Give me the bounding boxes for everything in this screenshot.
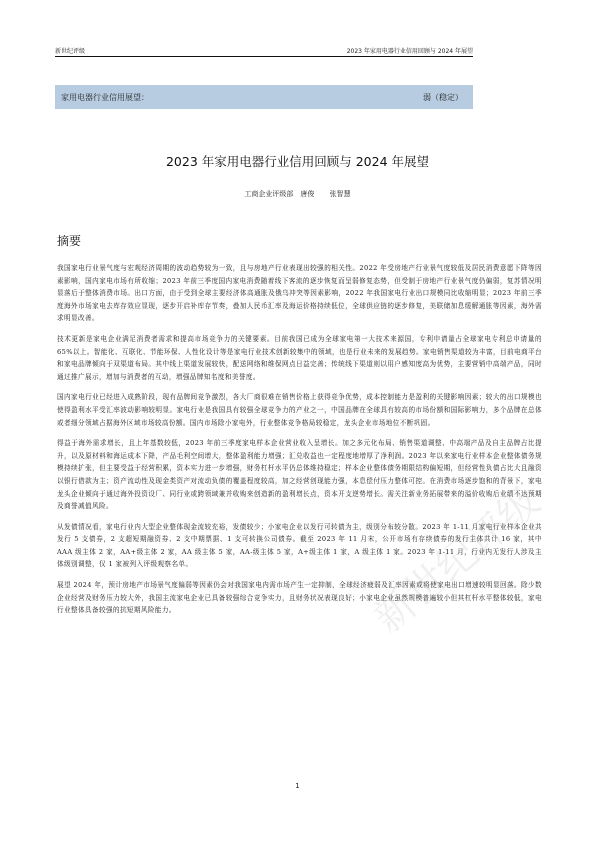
section-heading-abstract: 摘要	[57, 232, 81, 249]
header-report-title: 2023 年家用电器行业信用回顾与 2024 年展望	[347, 46, 473, 55]
abstract-paragraph: 展望 2024 年，预计房地产市场景气度偏弱等因素仍会对我国家电内需市场产生一定…	[57, 579, 542, 617]
header-org-name: 新世纪评级	[55, 46, 85, 55]
report-title: 2023 年家用电器行业信用回顾与 2024 年展望	[0, 152, 595, 170]
page-number: 1	[0, 782, 595, 790]
page-header: 新世纪评级 2023 年家用电器行业信用回顾与 2024 年展望	[55, 44, 473, 57]
report-authors: 工商企业评级部 唐俊 张智慧	[0, 189, 595, 199]
abstract-paragraph: 国内家电行业已经进入成熟阶段，现有品牌间竞争激烈，各大厂商很难在销售价格上获得竞…	[57, 391, 542, 429]
industry-outlook-bar: 家用电器行业信用展望： 弱（稳定）	[55, 85, 473, 109]
abstract-paragraph: 技术更新是家电企业满足消费者需求和提高市场竞争力的关键要素。目前我国已成为全球家…	[57, 333, 542, 383]
abstract-paragraph: 从发债情况看，家电行业内大型企业整体现金流较充裕，发债较少；小家电企业以发行可转…	[57, 521, 542, 571]
outlook-label: 家用电器行业信用展望：	[61, 92, 149, 103]
abstract-paragraph: 我国家电行业景气度与宏观经济周期的波动趋势较为一致，且与房地产行业表现出较强的相…	[57, 262, 542, 325]
abstract-paragraph: 得益于海外需求增长，且上年基数较低，2023 年前三季度家电样本企业营业收入呈增…	[57, 437, 542, 513]
outlook-value: 弱（稳定）	[423, 92, 463, 103]
abstract-body: 我国家电行业景气度与宏观经济周期的波动趋势较为一致，且与房地产行业表现出较强的相…	[57, 262, 542, 625]
